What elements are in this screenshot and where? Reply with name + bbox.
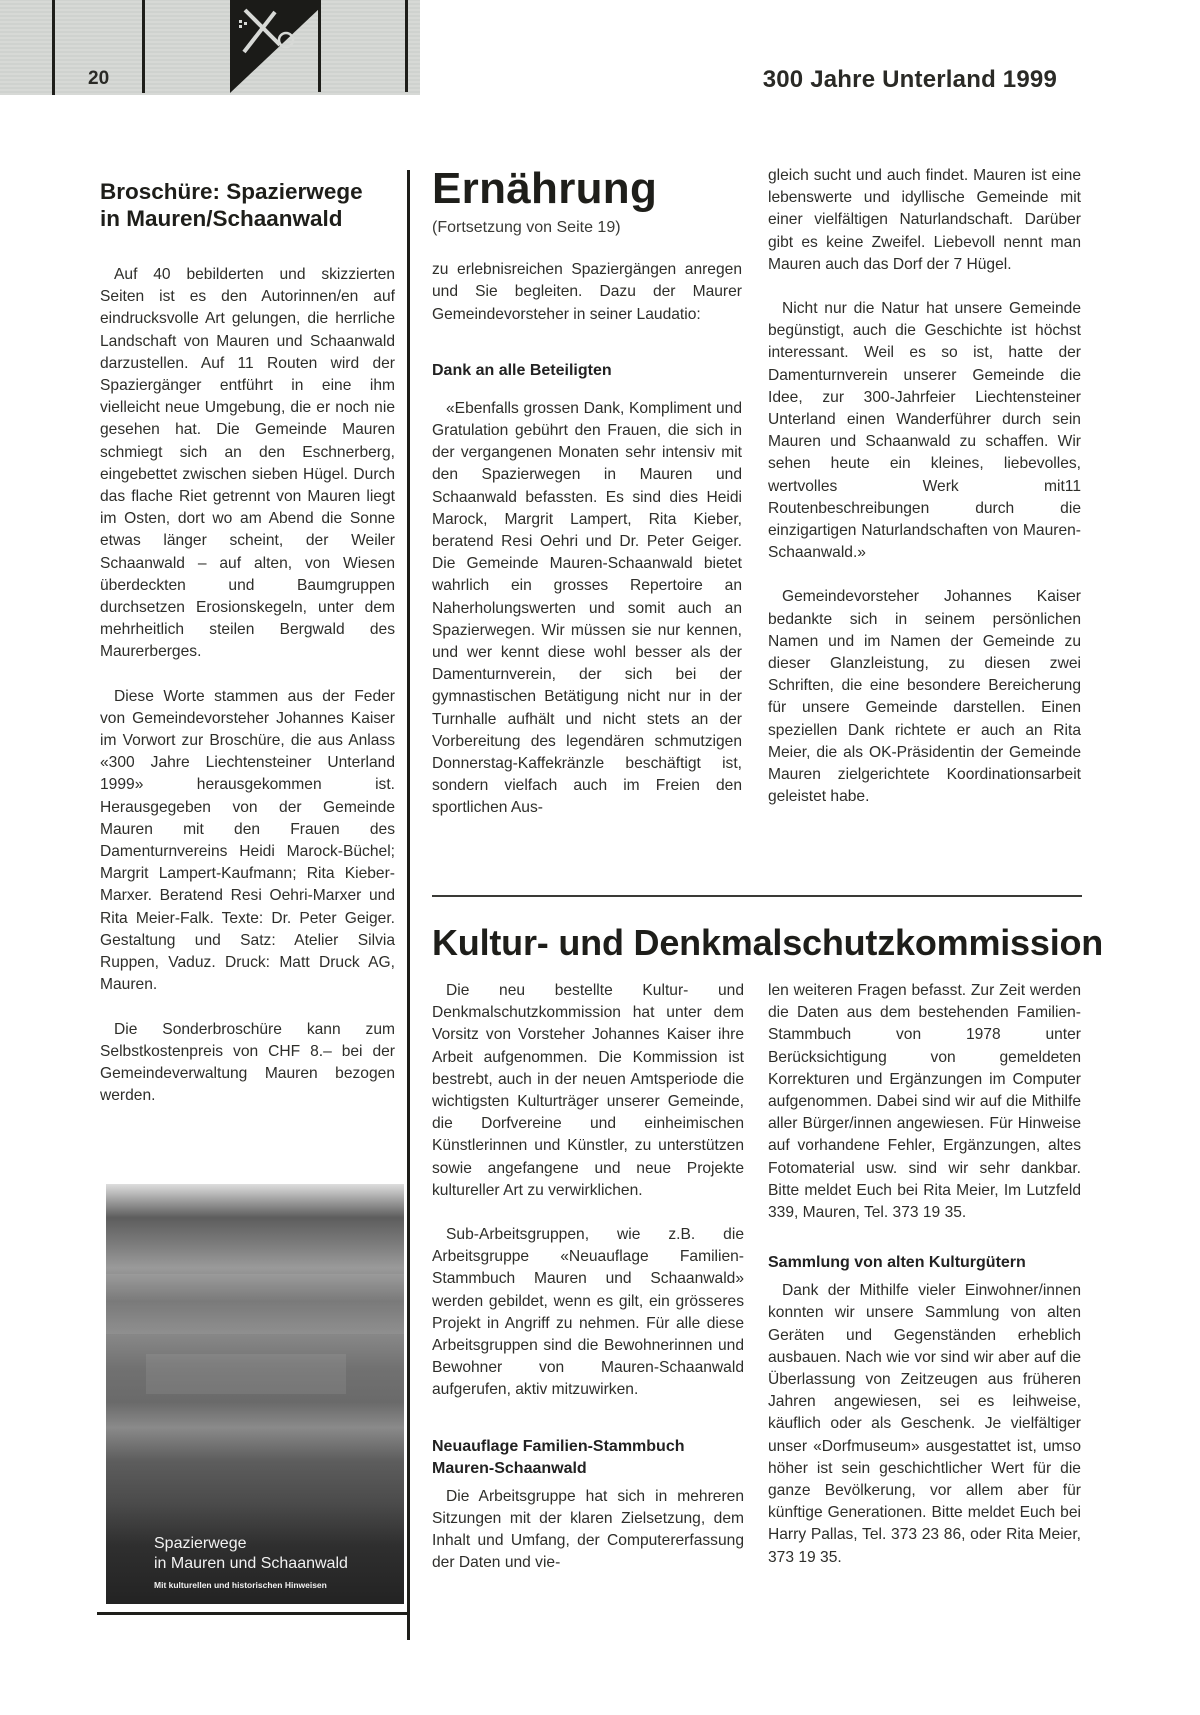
brochure-paragraph: Auf 40 bebilderten und skizzierten Seite… xyxy=(100,264,395,664)
header-band xyxy=(0,0,420,95)
header-divider xyxy=(142,0,145,93)
header-divider xyxy=(405,0,408,92)
running-title: 300 Jahre Unterland 1999 xyxy=(763,66,1057,94)
subhead-sammlung: Sammlung von alten Kulturgütern xyxy=(768,1252,1081,1274)
ernaehrung-paragraph: Nicht nur die Natur hat unsere Gemeinde … xyxy=(768,298,1081,564)
ernaehrung-column: Ernährung (Fortsetzung von Seite 19) zu … xyxy=(432,165,742,820)
ernaehrung-column-right: gleich sucht und auch findet. Mauren ist… xyxy=(768,165,1081,808)
kultur-column-left: Die neu bestellte Kultur- und Denkmalsch… xyxy=(432,980,744,1574)
brochure-paragraph: Die Sonderbroschüre kann zum Selbstkoste… xyxy=(100,1019,395,1108)
crossed-swords-emblem-icon xyxy=(230,0,320,93)
section-divider xyxy=(432,895,1082,897)
brochure-cover-photo: Spazierwege in Mauren und Schaanwald Mit… xyxy=(106,1184,404,1604)
kultur-column-right: len weiteren Fragen befasst. Zur Zeit we… xyxy=(768,980,1081,1569)
subhead-dank: Dank an alle Beteiligten xyxy=(432,360,742,382)
quote-paragraph: «Ebenfalls grossen Dank, Kompliment und … xyxy=(432,398,742,820)
page-number: 20 xyxy=(88,68,109,90)
column-divider xyxy=(407,170,410,1640)
ernaehrung-title: Ernährung xyxy=(432,165,742,213)
brochure-column: Broschüre: Spazierwege in Mauren/Schaanw… xyxy=(100,178,395,1107)
kultur-paragraph: Die neu bestellte Kultur- und Denkmalsch… xyxy=(432,980,744,1202)
cover-title: Spazierwege in Mauren und Schaanwald xyxy=(154,1534,348,1574)
brochure-title: Broschüre: Spazierwege in Mauren/Schaanw… xyxy=(100,178,395,232)
ernaehrung-paragraph: Gemeindevorsteher Johannes Kaiser bedank… xyxy=(768,586,1081,808)
header-divider xyxy=(52,0,55,95)
kultur-paragraph: Dank der Mithilfe vieler Einwohner/innen… xyxy=(768,1280,1081,1569)
quote-continuation: gleich sucht und auch findet. Mauren ist… xyxy=(768,165,1081,276)
kultur-paragraph: Sub-Arbeitsgruppen, wie z.B. die Arbeits… xyxy=(432,1224,744,1402)
continuation-note: (Fortsetzung von Seite 19) xyxy=(432,217,742,239)
cover-subtitle: Mit kulturellen und historischen Hinweis… xyxy=(154,1580,327,1590)
kultur-paragraph: len weiteren Fragen befasst. Zur Zeit we… xyxy=(768,980,1081,1224)
subhead-stammbuch: Neuauflage Familien-Stammbuch Mauren-Sch… xyxy=(432,1436,744,1480)
kultur-paragraph: Die Arbeitsgruppe hat sich in mehreren S… xyxy=(432,1486,744,1575)
kultur-title: Kultur- und Denkmalschutzkommission xyxy=(432,922,1103,964)
brochure-paragraph: Diese Worte stammen aus der Feder von Ge… xyxy=(100,686,395,997)
photo-underline xyxy=(97,1612,407,1615)
ernaehrung-intro: zu erlebnisreichen Spaziergängen anregen… xyxy=(432,259,742,326)
